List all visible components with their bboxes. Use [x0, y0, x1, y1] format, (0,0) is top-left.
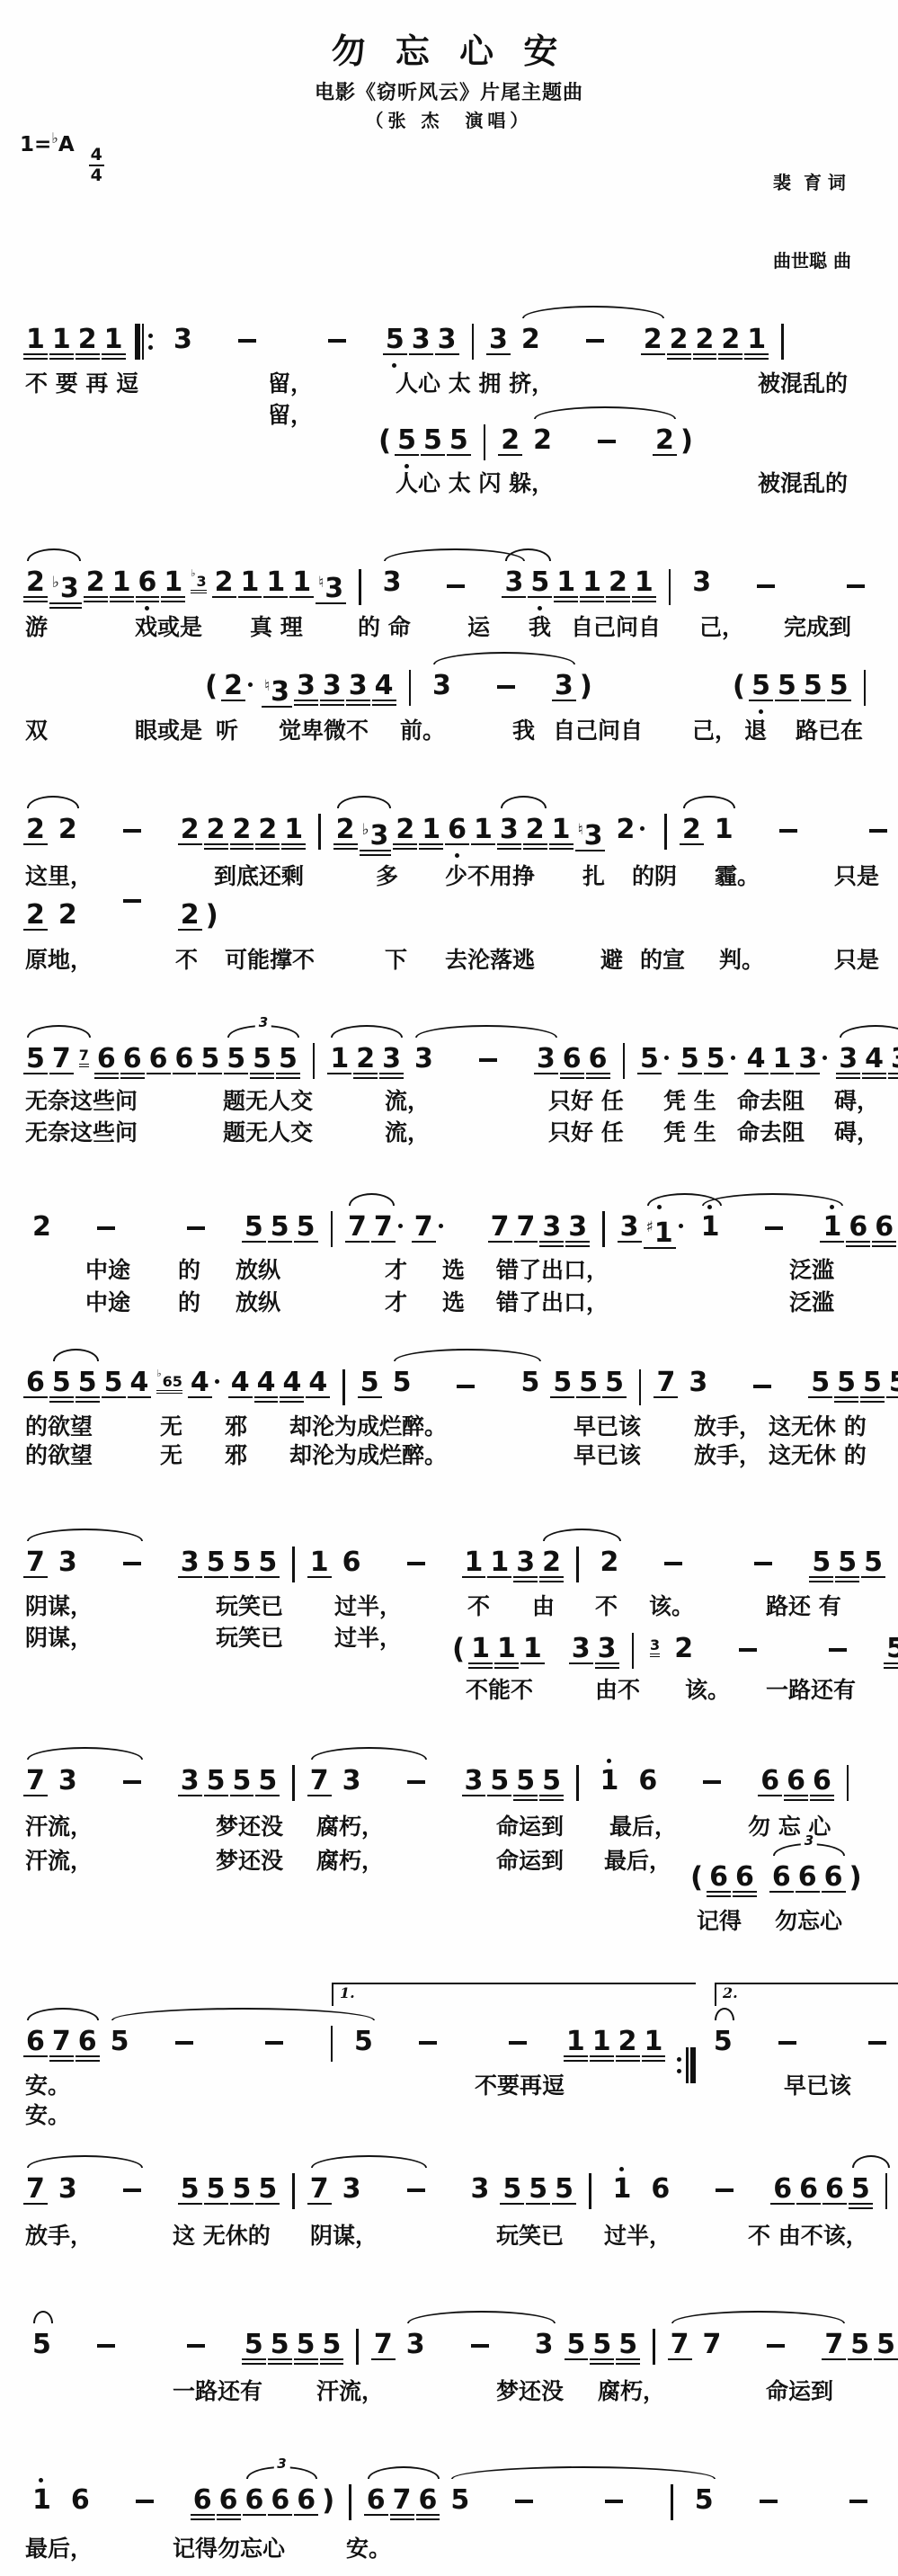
note-token: 3	[471, 2173, 490, 2206]
underline	[110, 601, 134, 603]
note-token: 5	[245, 2329, 263, 2361]
dash-note	[328, 339, 346, 343]
underline	[680, 843, 704, 846]
note-token: 5	[529, 2173, 547, 2206]
note-token: 5	[553, 1367, 572, 1399]
dash-note	[739, 1648, 757, 1652]
lyric-segment: 碍，	[834, 1115, 879, 1147]
note-token: 2	[233, 814, 252, 846]
note-token: 2	[26, 566, 45, 599]
underline	[353, 1077, 378, 1080]
note-token: ♮3	[578, 814, 603, 852]
dash-note	[123, 829, 141, 833]
note-token: 4	[191, 1367, 209, 1399]
lyric-segment: 题无人交	[223, 1115, 313, 1147]
lyric-segment: 最后，	[25, 2531, 93, 2563]
underline	[393, 843, 417, 846]
note-token: 3	[181, 1765, 200, 1797]
page-title: 勿 忘 心 安	[0, 23, 898, 73]
underline	[255, 1576, 280, 1579]
dash-note	[471, 2344, 489, 2348]
note-token: 2	[609, 566, 627, 599]
note-token: 5	[850, 2329, 869, 2361]
underline	[606, 601, 630, 603]
note-token: 4	[231, 1367, 250, 1399]
underline	[707, 1891, 731, 1894]
note-token: 3	[798, 1043, 817, 1075]
underline	[161, 601, 185, 603]
underline	[560, 1073, 584, 1075]
lyric-segment: 双	[25, 713, 48, 745]
dash-note	[869, 829, 887, 833]
lyric-segment: 流，	[385, 1083, 430, 1116]
underline	[560, 1077, 584, 1080]
slur-arc	[111, 2008, 375, 2020]
note-token: 2	[26, 814, 45, 846]
underline	[360, 850, 392, 852]
triplet-arc: 3	[227, 1025, 299, 1038]
lyric-segment: 放纵	[236, 1285, 280, 1317]
note-token: 3	[412, 324, 431, 356]
note-token: 1	[465, 1546, 484, 1579]
lyric-segment: 的宣	[640, 942, 685, 975]
underline	[276, 1077, 300, 1080]
note-token: 5	[830, 670, 849, 702]
note-token: 6	[26, 2026, 45, 2058]
lyric-segment: 早已该	[784, 2068, 851, 2100]
lyrics-row: 记得勿忘心	[0, 1903, 898, 1934]
barline	[639, 1369, 642, 1405]
note-token: 6	[875, 1211, 894, 1243]
underline	[242, 2358, 266, 2361]
dash-note	[664, 1562, 682, 1565]
note-token: 5	[542, 1765, 561, 1797]
underline	[268, 2514, 292, 2517]
note-token: ♭3	[362, 814, 389, 852]
note-token: 3	[58, 1765, 77, 1797]
underline	[575, 850, 606, 852]
underline	[94, 1073, 119, 1075]
underline	[872, 1241, 896, 1243]
underline	[494, 1667, 519, 1670]
note-token: 2	[396, 814, 414, 846]
note-token: 5	[889, 1367, 898, 1399]
underline	[230, 848, 254, 851]
underline	[320, 700, 344, 702]
note-token: ♯1	[646, 1211, 673, 1250]
triplet-arc: 3	[246, 2466, 317, 2479]
slur-arc	[27, 796, 79, 808]
slur-arc	[715, 2008, 734, 2020]
key-signature: 1=♭A 44	[20, 129, 104, 184]
lyric-segment: 梦还没	[216, 1809, 283, 1841]
augmentation-dot	[731, 1056, 735, 1060]
underline	[549, 843, 573, 846]
lyric-segment: 错了出口，	[496, 1252, 609, 1285]
note-token: 5	[397, 424, 416, 457]
underline	[320, 2363, 344, 2366]
underline	[204, 848, 228, 851]
dash-note	[136, 2500, 154, 2503]
note-token: 1	[715, 814, 734, 846]
dash-note	[598, 440, 616, 443]
note-token: 5	[393, 1367, 412, 1399]
lyric-segment: 避	[600, 942, 623, 975]
note-token: 5	[751, 670, 770, 702]
underline	[836, 1073, 860, 1075]
key-prefix: 1=	[20, 133, 51, 156]
dash-note	[868, 2041, 886, 2045]
underline	[178, 843, 202, 846]
underline	[539, 1581, 564, 1583]
notes-row: 7335551611322555	[22, 1546, 898, 1584]
note-token: 5	[778, 670, 796, 702]
underline	[849, 2207, 873, 2210]
note-token: 1	[26, 324, 45, 356]
note-token: 2	[721, 324, 740, 356]
underline	[198, 1073, 222, 1075]
underline	[276, 1073, 300, 1075]
underline	[120, 1073, 145, 1075]
note-token: 6	[123, 1043, 142, 1075]
lyrics-row: 留，	[0, 397, 898, 428]
lyric-segment: 无	[160, 1438, 182, 1470]
lyric-segment: 前。	[400, 713, 445, 745]
underline	[888, 1077, 898, 1080]
underline	[520, 1662, 545, 1665]
dash-note	[187, 1226, 205, 1230]
note-token: 6	[651, 2173, 670, 2206]
underline	[255, 1795, 280, 1797]
parenthesis: )	[680, 424, 693, 457]
barline	[602, 1211, 605, 1247]
note-token: 1	[701, 1211, 720, 1243]
underline	[733, 1891, 757, 1894]
notes-row: 5776666555512333665554133433	[22, 1043, 898, 1081]
note-token: 6	[419, 2484, 438, 2517]
note-token: 5	[423, 424, 442, 457]
underline	[846, 1245, 870, 1248]
note-token: 3	[58, 1546, 77, 1579]
underline	[358, 1396, 382, 1399]
lyric-segment: 这 无休的	[173, 2218, 271, 2251]
underline	[250, 1073, 274, 1075]
note-token: 7	[26, 2173, 45, 2206]
barline	[885, 2173, 888, 2209]
dash-note	[407, 2188, 425, 2192]
note-token: 2	[181, 814, 200, 846]
underline	[846, 1241, 870, 1243]
dash-note	[497, 685, 515, 689]
underline	[178, 1795, 202, 1797]
lyric-segment: 玩笑已	[216, 1589, 283, 1621]
dash-note	[123, 899, 141, 903]
underline	[289, 596, 314, 599]
lyric-segment: 真 理	[250, 610, 303, 642]
lyric-segment: 命运到	[496, 1843, 564, 1876]
lyric-segment: 路已在	[796, 713, 863, 745]
underline	[320, 2358, 344, 2361]
underline	[835, 1581, 859, 1583]
lyric-segment: 却沦为成烂醉。	[289, 1409, 447, 1441]
note-token: 1	[241, 566, 260, 599]
underline	[250, 1077, 274, 1080]
underline	[784, 1799, 808, 1802]
barline	[472, 324, 475, 360]
lyric-segment: 路还 有	[766, 1589, 841, 1621]
lyric-segment: 勿 忘 心	[748, 1809, 831, 1841]
underline	[860, 1396, 885, 1399]
barline	[576, 1546, 579, 1582]
note-token: 2	[526, 814, 545, 846]
parenthesis: (	[690, 1861, 703, 1894]
note-token: 3	[839, 1043, 858, 1075]
note-token: 3	[542, 1211, 561, 1243]
underline	[76, 1401, 100, 1404]
underline	[268, 2358, 292, 2361]
underline	[632, 596, 656, 599]
note-token: 6	[367, 2484, 386, 2517]
underline	[76, 2060, 100, 2063]
lyric-segment: 不 由不该，	[748, 2218, 868, 2251]
parenthesis: (	[378, 424, 391, 457]
slur-arc	[451, 2466, 716, 2479]
note-token: 2	[356, 1043, 375, 1075]
note-token: 5	[297, 1211, 316, 1243]
lyric-segment: 可能撑不	[225, 942, 315, 975]
note-token: ♭3	[52, 566, 79, 605]
lyric-segment: 早已该	[573, 1409, 641, 1441]
slur-arc	[349, 1193, 395, 1206]
underline	[294, 2514, 318, 2517]
lyric-segment: 题无人交	[223, 1083, 313, 1116]
parenthesis: )	[206, 899, 218, 931]
lyric-segment: 被混乱的	[758, 366, 848, 398]
underline	[76, 358, 100, 361]
underline	[212, 596, 236, 599]
underline	[667, 358, 691, 361]
dash-note	[97, 1226, 115, 1230]
note-token: 3	[620, 1211, 639, 1243]
underline	[379, 1077, 404, 1080]
underline	[810, 1799, 834, 1802]
dash-note	[586, 339, 604, 343]
barline	[653, 2329, 655, 2365]
note-token: 2	[78, 324, 97, 356]
lyric-segment: 下	[385, 942, 407, 975]
lyric-segment: 己，	[692, 713, 737, 745]
underline	[327, 1073, 351, 1075]
note-token: ♮3	[318, 566, 343, 605]
lyric-segment: 霾。	[715, 859, 760, 891]
flat-icon: ♭	[51, 129, 58, 147]
note-token: 4	[747, 1043, 766, 1075]
underline	[632, 601, 656, 603]
lyric-segment: 运	[467, 610, 490, 642]
dash-note	[515, 2500, 533, 2503]
underline	[307, 2203, 332, 2206]
notes-row: 73355573355516666	[22, 1765, 860, 1803]
underline	[494, 1662, 519, 1665]
note-token: 6	[245, 2484, 264, 2517]
note-token: 3	[382, 1043, 401, 1075]
underline	[586, 1077, 610, 1080]
underline	[306, 1396, 330, 1399]
underline	[822, 2203, 847, 2206]
barline	[359, 569, 361, 605]
lyrics-row: 的欲望无邪却沦为成烂醉。早已该放手，这无休 的	[0, 1438, 898, 1468]
key-letter: A	[58, 133, 75, 156]
underline	[707, 1895, 731, 1898]
slur-arc	[368, 2466, 440, 2479]
note-token: 3	[489, 324, 508, 356]
lyric-segment: 不要再逗	[475, 2068, 565, 2100]
note-token: 4	[865, 1043, 884, 1075]
note-token: 1	[592, 2026, 611, 2058]
underline	[147, 1073, 171, 1075]
note-token: 5	[279, 1043, 298, 1075]
note-token: 7	[310, 1765, 329, 1797]
underline	[523, 848, 547, 851]
barline	[318, 814, 321, 850]
note-token: 6	[589, 1043, 608, 1075]
underline	[412, 1241, 436, 1243]
underline	[704, 1073, 728, 1075]
underline	[468, 1667, 493, 1670]
underline	[320, 704, 344, 707]
lyric-segment: 命运到	[496, 1809, 564, 1841]
barline	[847, 1765, 849, 1801]
slur-arc	[394, 1349, 541, 1361]
note-token: 4	[375, 670, 394, 702]
underline	[487, 1576, 511, 1579]
time-numerator: 4	[89, 147, 104, 166]
underline	[224, 1073, 248, 1075]
note-token: 5	[838, 1546, 857, 1579]
lyric-segment: 留，	[268, 366, 313, 398]
underline	[595, 1667, 619, 1670]
lyric-segment: 退	[744, 713, 767, 745]
volta-label: 1.	[340, 1985, 355, 2001]
dash-note	[97, 2344, 115, 2348]
note-token: 7	[824, 2329, 843, 2361]
time-denominator: 4	[91, 166, 102, 184]
lyric-segment: 腐朽，	[598, 2374, 665, 2406]
underline	[128, 1396, 152, 1399]
note-token: 1	[266, 566, 285, 599]
note-token: 3	[500, 814, 519, 846]
underline	[569, 1662, 593, 1665]
underline	[435, 353, 459, 356]
underline	[294, 1241, 318, 1243]
lyric-segment: 无奈这些问	[25, 1083, 138, 1116]
tuplet-number: 3	[255, 1017, 271, 1029]
underline	[667, 353, 691, 356]
lyric-segment: 不 要 再 逗	[25, 366, 138, 398]
underline	[886, 1396, 898, 1399]
note-token: 2	[215, 566, 234, 599]
note-token: 5	[52, 1367, 71, 1399]
lyrics-row: 汗流，梦还没腐朽，命运到最后，勿 忘 心	[0, 1809, 898, 1840]
underline	[644, 1247, 676, 1250]
underline	[616, 2358, 640, 2361]
underline	[554, 596, 578, 599]
volta-bracket: 1.	[332, 1983, 696, 2006]
underline	[243, 2514, 267, 2517]
underline	[230, 843, 254, 846]
underline	[500, 2203, 524, 2206]
dash-note	[509, 2041, 527, 2045]
note-token: 3	[58, 2173, 77, 2206]
underline	[49, 1401, 74, 1404]
underline	[316, 602, 346, 605]
underline	[49, 353, 74, 356]
note-token: 3	[692, 566, 711, 599]
barline	[576, 1765, 579, 1801]
underline	[110, 596, 134, 599]
underline	[796, 2203, 821, 2206]
lyric-segment: 我	[529, 610, 551, 642]
underline	[242, 1241, 266, 1243]
lyrics-row: 原地，不可能撑不下去沦落逃避的宣判。只是	[0, 942, 898, 973]
note-token: 3	[598, 1633, 617, 1665]
slur-arc	[27, 1025, 91, 1038]
underline	[409, 353, 433, 356]
note-token: 5	[227, 1043, 245, 1075]
note-token: 6	[824, 1861, 843, 1894]
underline	[393, 848, 417, 851]
note-token: 5	[32, 2329, 51, 2361]
underline	[796, 1891, 820, 1894]
underline	[255, 2203, 280, 2206]
underline	[513, 1795, 538, 1797]
dash-note	[847, 584, 865, 588]
barline	[331, 2026, 333, 2062]
lyric-segment: 只好 任	[548, 1083, 624, 1116]
note-token: 5	[812, 1546, 831, 1579]
note-token: 2	[644, 324, 662, 356]
note-token: 5	[78, 1367, 97, 1399]
note-token: 5	[360, 1367, 379, 1399]
underline	[616, 2055, 640, 2058]
slur-arc	[53, 1349, 99, 1361]
note-token: 5	[618, 2329, 637, 2361]
underline	[514, 1241, 538, 1243]
notes-row: 2♭32161♭32111♮333511213333	[22, 566, 898, 604]
note-token: 1	[474, 814, 493, 846]
underline	[136, 601, 160, 603]
note-token: 2	[258, 814, 277, 846]
underline	[462, 1795, 486, 1797]
underline	[333, 843, 358, 846]
note-token: 2	[682, 814, 701, 846]
barline	[589, 2173, 591, 2209]
underline	[552, 2203, 576, 2206]
repeat-begin-sign	[135, 324, 156, 360]
note-token: 2	[655, 424, 674, 457]
barline	[864, 670, 867, 706]
underline	[580, 596, 604, 599]
note-token: 6	[219, 2484, 238, 2517]
underline	[255, 843, 280, 846]
note-token: 5	[886, 1633, 898, 1665]
note-token: 1	[52, 324, 71, 356]
slur-arc	[337, 796, 391, 808]
underline	[419, 843, 443, 846]
underline	[254, 1401, 279, 1404]
lyric-segment: 只是	[834, 859, 879, 891]
lyric-segment: 邪	[225, 1409, 247, 1441]
